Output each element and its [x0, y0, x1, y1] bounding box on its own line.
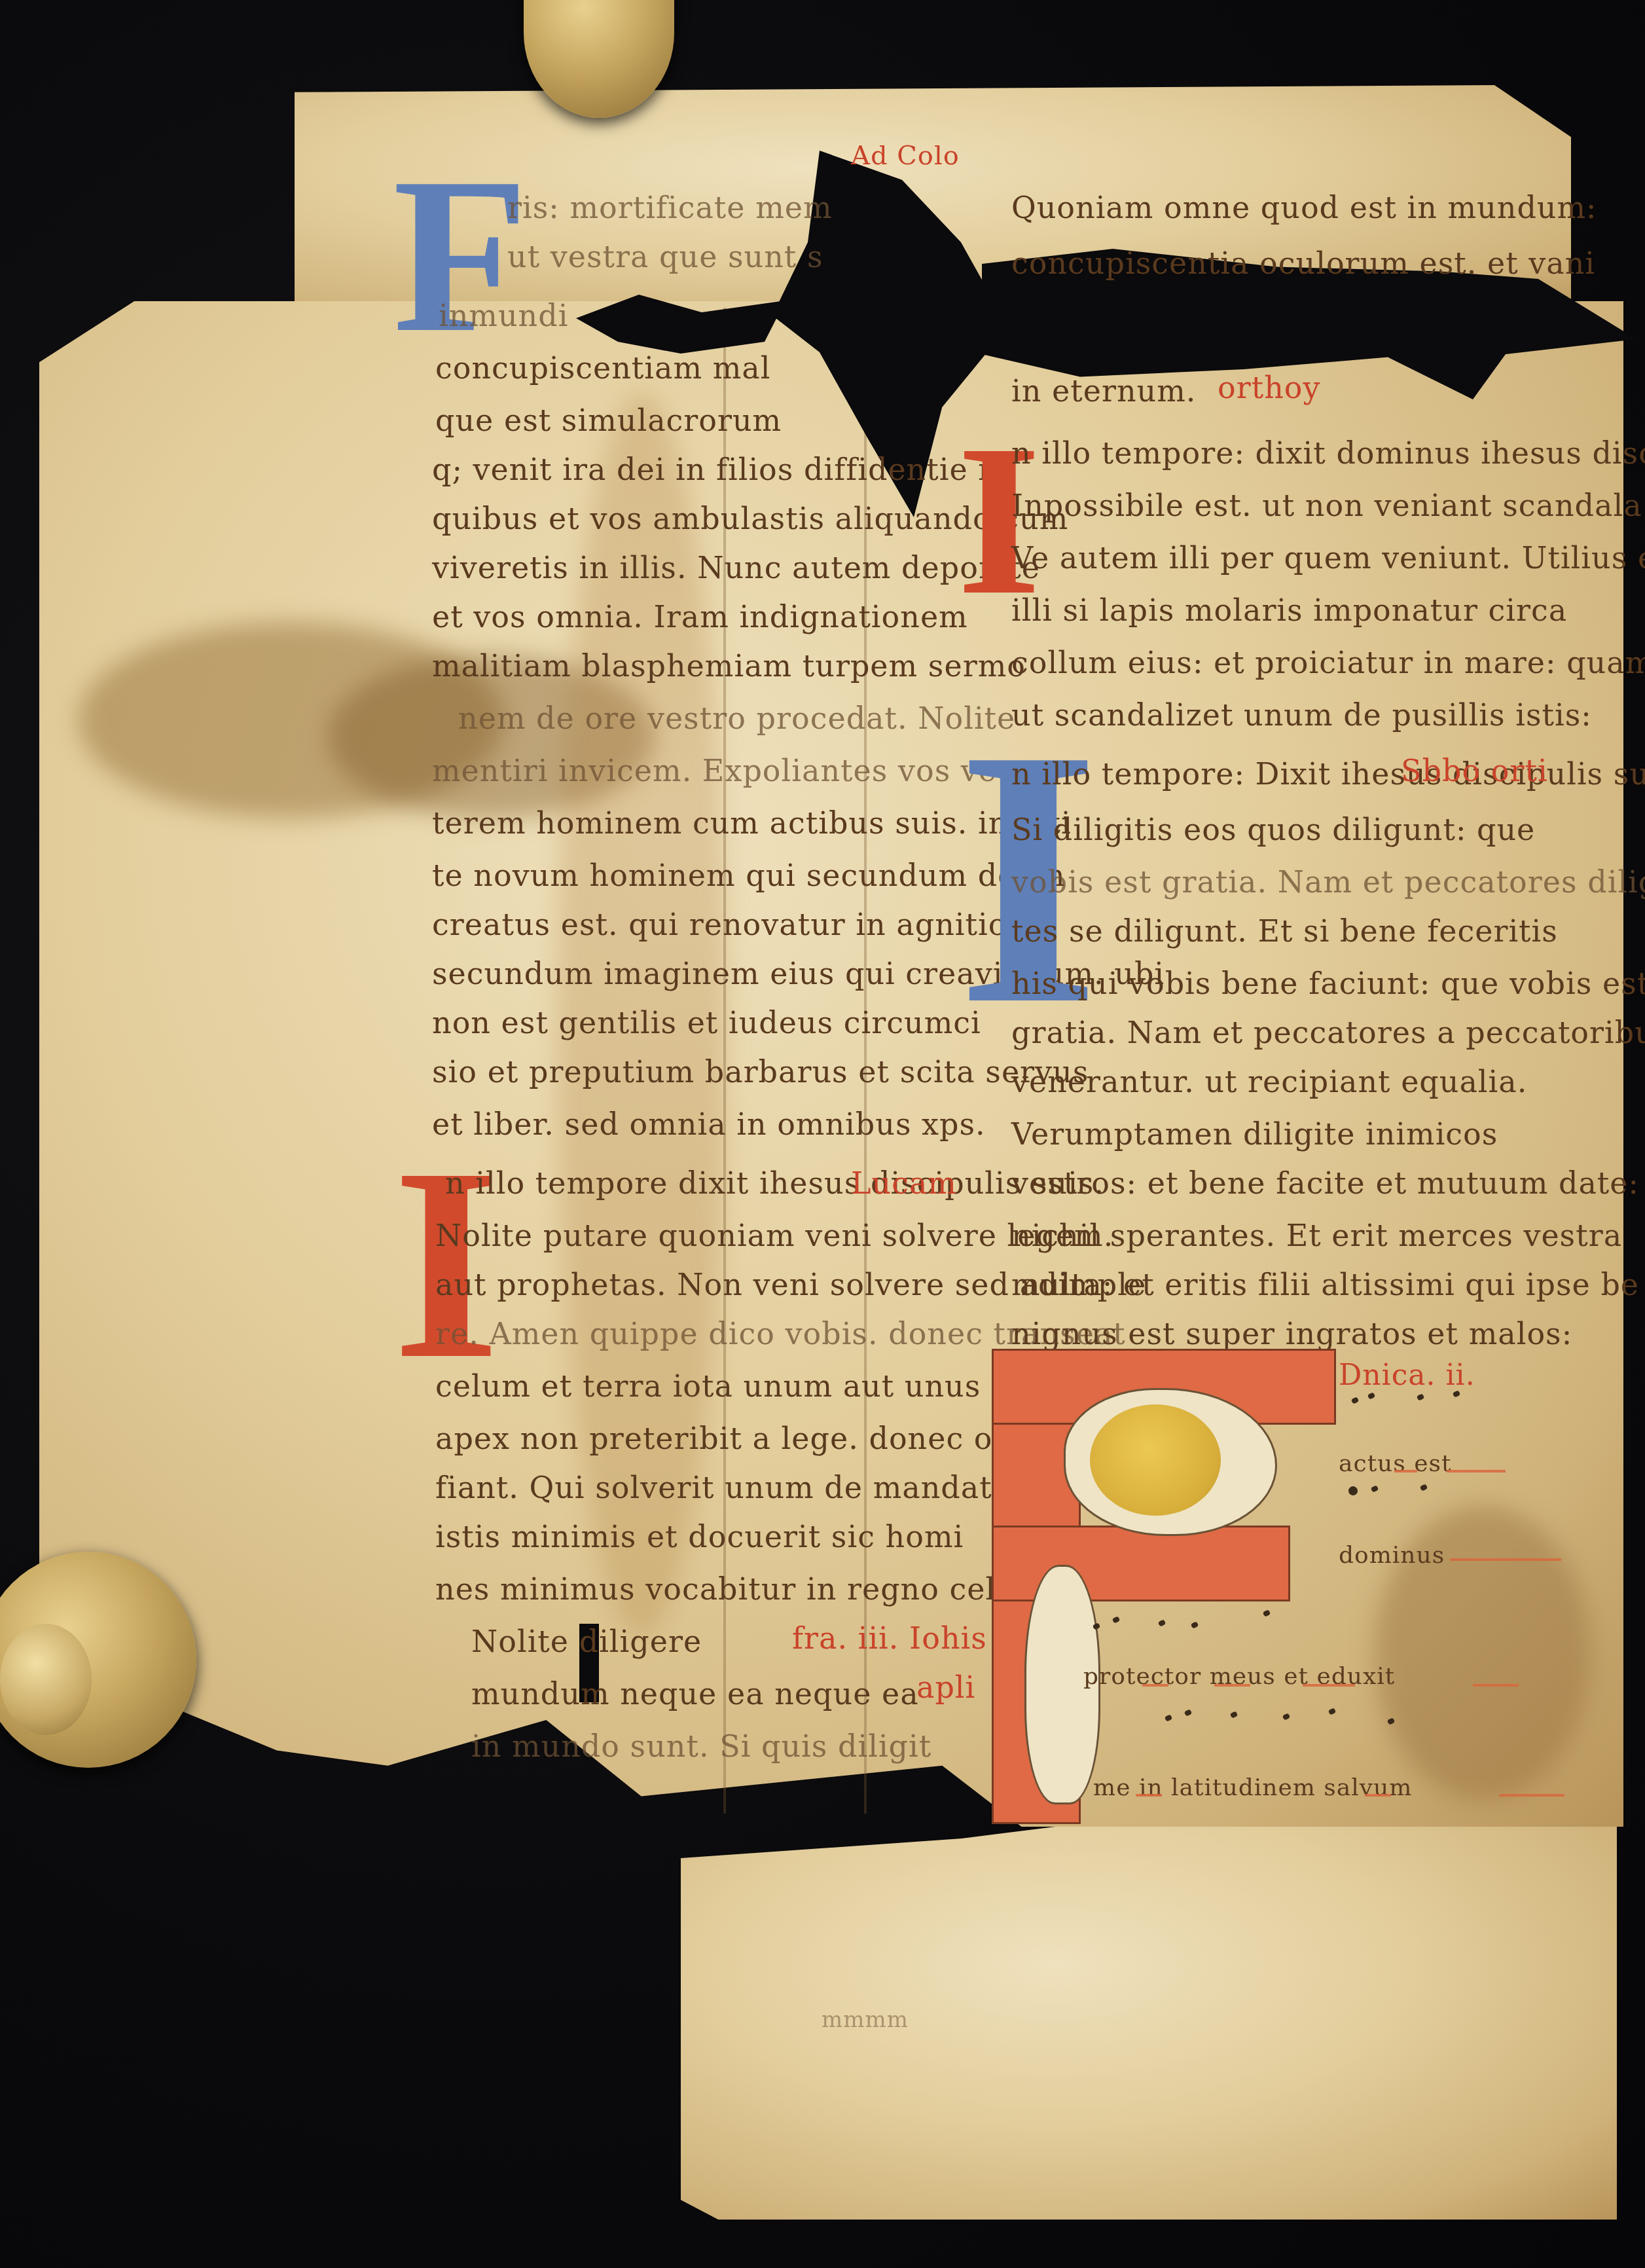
text-line: n illo tempore: Dixit ihesus discipulis … [1011, 756, 1645, 792]
rubric-tag: Lucam [851, 1165, 957, 1201]
text-line: collum eius: et proiciatur in mare: quam [1011, 645, 1645, 680]
text-line: nes minimus vocabitur in regno celorum [435, 1571, 1079, 1607]
text-line: n illo tempore: dixit dominus ihesus dis… [1011, 435, 1645, 471]
text-line: his qui vobis bene faciunt: que vobis es… [1011, 966, 1645, 1001]
text-line: venerantur. ut recipiant equalia. [1011, 1064, 1527, 1099]
text-line: malitiam blasphemiam turpem sermo [432, 648, 1026, 684]
text-line: fiant. Qui solverit unum de mandatis [435, 1470, 1019, 1505]
red-staff-line [1136, 1794, 1162, 1797]
text-line: vobis est gratia. Nam et peccatores dili… [1011, 864, 1645, 900]
text-line: que est simulacrorum [435, 403, 782, 438]
chant-text: me in latitudinem salvum [1093, 1774, 1412, 1801]
text-line: non est gentilis et iudeus circumci [432, 1005, 981, 1040]
brass-weight-knob [0, 1624, 92, 1735]
rubric-tag: fra. iii. Iohis [792, 1620, 987, 1656]
text-line: Inpossibile est. ut non veniant scandala… [1011, 488, 1645, 523]
text-line: concupiscentiam mal [435, 350, 770, 386]
text-line: mentiri invicem. Expoliantes vos ve [432, 753, 997, 788]
chant-text: actus est [1339, 1450, 1451, 1477]
text-line: gratia. Nam et peccatores a peccatoribus [1011, 1015, 1645, 1050]
historiated-initial-f [992, 1349, 1332, 1820]
red-staff-line [1214, 1684, 1250, 1687]
red-staff-line [1142, 1684, 1168, 1687]
text-line: n illo tempore dixit ihesus discipulis s… [445, 1165, 1104, 1201]
red-staff-line [1365, 1794, 1391, 1797]
rubric-tag: apli [916, 1670, 975, 1705]
text-line: ris: mortificate mem [507, 190, 833, 225]
text-line: illi si lapis molaris imponatur circa [1011, 593, 1567, 628]
marginal-rubric: Ad Colo [851, 141, 960, 171]
text-line: istis minimis et docuerit sic homi [435, 1519, 964, 1554]
text-line: Verumptamen diligite inimicos [1011, 1116, 1498, 1152]
text-line: concupiscentia oculorum est. et vani [1011, 246, 1595, 281]
text-line: vestros: et bene facite et mutuum date: [1011, 1165, 1639, 1201]
text-line: et liber. sed omnia in omnibus xps. [432, 1107, 986, 1142]
chant-rubric: Dnica. ii. [1339, 1359, 1475, 1392]
text-line: Ve autem illi per quem veniunt. Utilius … [1011, 540, 1645, 576]
text-line: nignus est super ingratos et malos: [1011, 1316, 1572, 1351]
text-line: et vos omnia. Iram indignationem [432, 599, 968, 634]
rubric-tag: Sbbo orti [1401, 753, 1548, 788]
text-line: ut vestra que sunt s [507, 239, 823, 274]
chant-text: dominus [1339, 1542, 1445, 1569]
text-line: Quoniam omne quod est in mundum: [1011, 190, 1597, 225]
text-line: viveretis in illis. Nunc autem deponite [432, 550, 1040, 585]
red-staff-line [1394, 1470, 1417, 1472]
text-line: nem de ore vestro procedat. Nolite [458, 701, 1015, 736]
pen-trial: mmmm [822, 2007, 909, 2033]
text-line: q; venit ira dei in filios diffidentie i… [432, 452, 1009, 487]
red-staff-line [1303, 1684, 1355, 1687]
text-line: multa: et eritis filii altissimi qui ips… [1011, 1267, 1639, 1302]
text-line: celum et terra iota unum aut unus [435, 1368, 981, 1404]
gold-wing [1090, 1404, 1221, 1516]
text-line: creatus est. qui renovatur in agnitione [432, 907, 1045, 942]
red-staff-line [1450, 1558, 1561, 1561]
red-staff-line [1447, 1470, 1506, 1472]
text-line: in mundo sunt. Si quis diligit [471, 1728, 931, 1764]
red-staff-line [1499, 1794, 1564, 1797]
text-line: Si diligitis eos quos diligunt: que [1011, 812, 1535, 847]
rubric-tag: orthoy [1218, 370, 1320, 405]
red-staff-line [1473, 1684, 1519, 1687]
text-line: tes se diligunt. Et si bene feceritis [1011, 913, 1558, 949]
text-line: nichil sperantes. Et erit merces vestra [1011, 1218, 1622, 1253]
text-line: Nolite diligere [471, 1624, 702, 1659]
text-line: apex non preteribit a lege. donec omnia [435, 1421, 1071, 1456]
text-line: inmundi [439, 298, 568, 333]
text-line: mundum neque ea neque ea [471, 1676, 919, 1711]
